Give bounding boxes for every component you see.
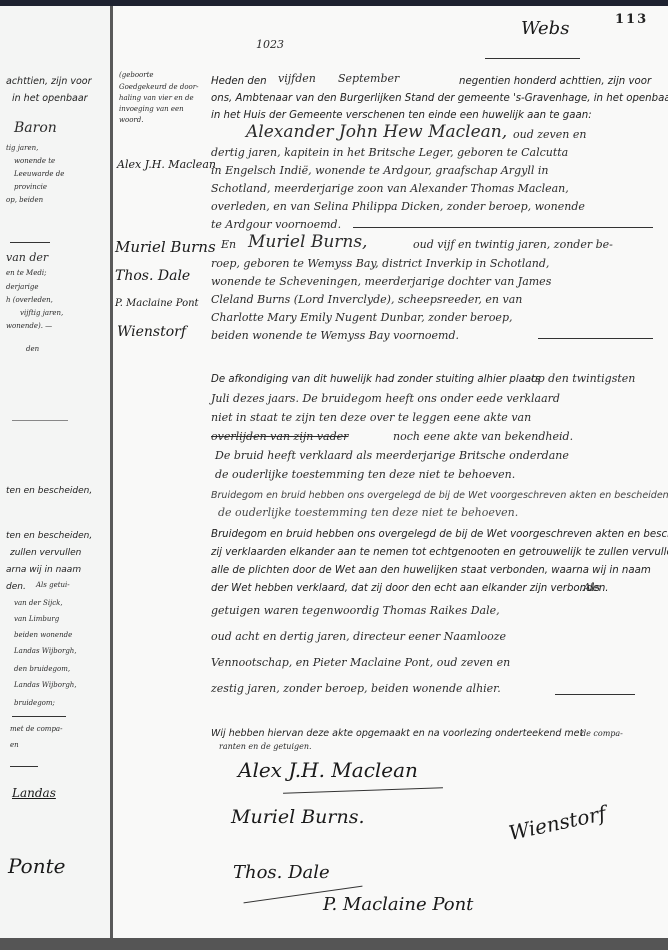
bride-line: beiden wonende te Wemyss Bay voornoemd. (211, 329, 459, 342)
stamp-signature: Webs (521, 18, 569, 39)
divider (10, 242, 50, 243)
witness-line: Vennootschap, en Pieter Maclaine Pont, o… (211, 656, 510, 669)
intro-month: September (338, 72, 399, 85)
register-page: 113 Webs 1023 (geboorte Goedgekeurd de d… (113, 6, 668, 938)
left-hand-line: wonende). — (6, 321, 52, 331)
left-printed-line: ten en bescheiden, (6, 531, 92, 541)
bride-prefix: En (221, 238, 236, 251)
proclamation-line: op den twintigsten (531, 372, 635, 385)
bride-line: oud vijf en twintig jaren, zonder be- (413, 238, 613, 251)
intro-printed-end: negentien honderd achttien, zijn voor (459, 76, 651, 87)
margin-note-line: Goedgekeurd de door- (119, 82, 198, 92)
left-page: achttien, zijn voor in het openbaar Baro… (0, 6, 110, 938)
left-hand-line: Baron (14, 120, 57, 136)
left-hand-line: vijftig jaren, (20, 308, 63, 318)
signature-groom: Alex J.H. Maclean (238, 758, 418, 782)
left-printed-line: arna wij in naam (6, 565, 81, 575)
witness-line: oud acht en dertig jaren, directeur eene… (211, 630, 506, 643)
divider (485, 58, 580, 59)
proclamation-line: noch eene akte van bekendheid. (393, 430, 573, 443)
divider (555, 694, 635, 695)
bride-line: Cleland Burns (Lord Inverclyde), scheeps… (211, 293, 522, 306)
struck-hand: de ouderlijke toestemming ten deze niet … (218, 506, 518, 519)
groom-line: overleden, en van Selina Philippa Dicken… (211, 200, 585, 213)
left-signature: Ponte (8, 854, 65, 878)
divider (12, 420, 68, 421)
groom-name: Alexander John Hew Maclean, (246, 122, 507, 142)
left-hand-line: van der Sijck, (14, 598, 63, 608)
left-hand-line: Als getui- (36, 580, 70, 590)
divider (538, 338, 653, 339)
bride-name: Muriel Burns, (248, 232, 367, 252)
margin-signature: Wienstorf (117, 324, 186, 340)
closing-printed: Wij hebben hiervan deze akte opgemaakt e… (211, 728, 583, 739)
signature-bride: Muriel Burns. (231, 806, 365, 828)
left-hand-line: derjarige (6, 282, 39, 292)
divider (353, 227, 653, 228)
proclamation-line: De bruid heeft verklaard als meerderjari… (215, 449, 569, 462)
margin-note-line: (geboorte (119, 70, 154, 80)
signature-underline (283, 787, 443, 794)
proclamation-line: niet in staat te zijn ten deze over te l… (211, 411, 531, 424)
left-hand-line: h (overleden, (6, 295, 53, 305)
proclamation-struck-line: overlijden van zijn vader (211, 430, 348, 443)
intro-printed: in het Huis der Gemeente verschenen ten … (211, 110, 592, 121)
groom-line: dertig jaren, kapitein in het Britsche L… (211, 146, 568, 159)
left-hand-line: provincie (14, 182, 47, 192)
left-printed-line: in het openbaar (12, 93, 88, 104)
signature-official: Wienstorf (507, 801, 608, 845)
left-printed-line: zullen vervullen (10, 548, 81, 558)
left-hand-line: beiden wonende (14, 630, 72, 640)
closing-hand: ranten en de getuigen. (219, 742, 312, 752)
margin-signature: Thos. Dale (115, 268, 190, 284)
left-hand-line: bruidegom; (14, 698, 55, 708)
left-hand-line: den bruidegom, (14, 664, 70, 674)
declaration-hand-tail: Als (583, 581, 600, 594)
divider (12, 716, 66, 717)
left-hand-line: van Limburg (14, 614, 59, 624)
bride-line: Charlotte Mary Emily Nugent Dunbar, zond… (211, 311, 513, 324)
witness-line: getuigen waren tegenwoordig Thomas Raike… (211, 604, 500, 617)
left-hand-line: Leeuwarde de (14, 169, 64, 179)
bride-line: wonende te Scheveningen, meerderjarige d… (211, 275, 551, 288)
left-hand-line: op, beiden (6, 195, 43, 205)
signature-witness-pont: P. Maclaine Pont (323, 894, 473, 915)
page-number: 113 (615, 12, 648, 27)
bottom-edge (0, 938, 668, 950)
declaration-line: zij verklaarden elkander aan te nemen to… (211, 547, 668, 558)
intro-printed: Heden den (211, 76, 267, 87)
left-printed-line: den. (6, 582, 26, 592)
signature-witness-dale: Thos. Dale (233, 862, 330, 883)
declaration-line: der Wet hebben verklaard, dat zij door d… (211, 583, 609, 594)
left-hand-line: en (10, 740, 19, 750)
left-hand-line: en te Medi; (6, 268, 46, 278)
groom-line: te Ardgour voornoemd. (211, 218, 341, 231)
left-hand-line: van der (6, 251, 48, 264)
margin-signature: Muriel Burns (115, 238, 216, 256)
closing-hand: de compa- (581, 729, 623, 739)
groom-line: oud zeven en (513, 128, 586, 141)
struck-printed: Bruidegom en bruid hebben ons overgelegd… (211, 490, 668, 501)
declaration-line: Bruidegom en bruid hebben ons overgelegd… (211, 529, 668, 540)
bride-line: roep, geboren te Wemyss Bay, district In… (211, 257, 549, 270)
proclamation-line: de ouderlijke toestemming ten deze niet … (215, 468, 515, 481)
left-printed-line: ten en bescheiden, (6, 486, 92, 496)
left-signature: Landas (12, 786, 56, 800)
margin-note-line: invoeging van een (119, 104, 184, 114)
margin-note-line: haling van vier en de (119, 93, 194, 103)
left-hand-line: wonende te (14, 156, 55, 166)
proclamation-printed: De afkondiging van dit huwelijk had zond… (211, 374, 540, 385)
intro-day: vijfden (278, 72, 316, 85)
left-hand-line: met de compa- (10, 724, 62, 734)
intro-printed: ons, Ambtenaar van den Burgerlijken Stan… (211, 93, 668, 104)
margin-signature: P. Maclaine Pont (115, 298, 199, 309)
groom-line: in Engelsch Indië, wonende te Ardgour, g… (211, 164, 548, 177)
declaration-line: alle de plichten door de Wet aan den huw… (211, 565, 651, 576)
witness-line: zestig jaren, zonder beroep, beiden wone… (211, 682, 501, 695)
margin-note-line: woord. (119, 115, 143, 125)
left-hand-line: Landas Wijborgh, (14, 680, 77, 690)
groom-line: Schotland, meerderjarige zoon van Alexan… (211, 182, 569, 195)
margin-signature: Alex J.H. Maclean (117, 158, 216, 171)
record-number: 1023 (256, 38, 284, 51)
left-printed-line: achttien, zijn voor (6, 76, 92, 87)
left-hand-line: den (26, 344, 39, 354)
proclamation-line: Juli dezes jaars. De bruidegom heeft ons… (211, 392, 560, 405)
left-hand-line: Landas Wijborgh, (14, 646, 77, 656)
divider (10, 766, 38, 767)
left-hand-line: tig jaren, (6, 143, 38, 153)
